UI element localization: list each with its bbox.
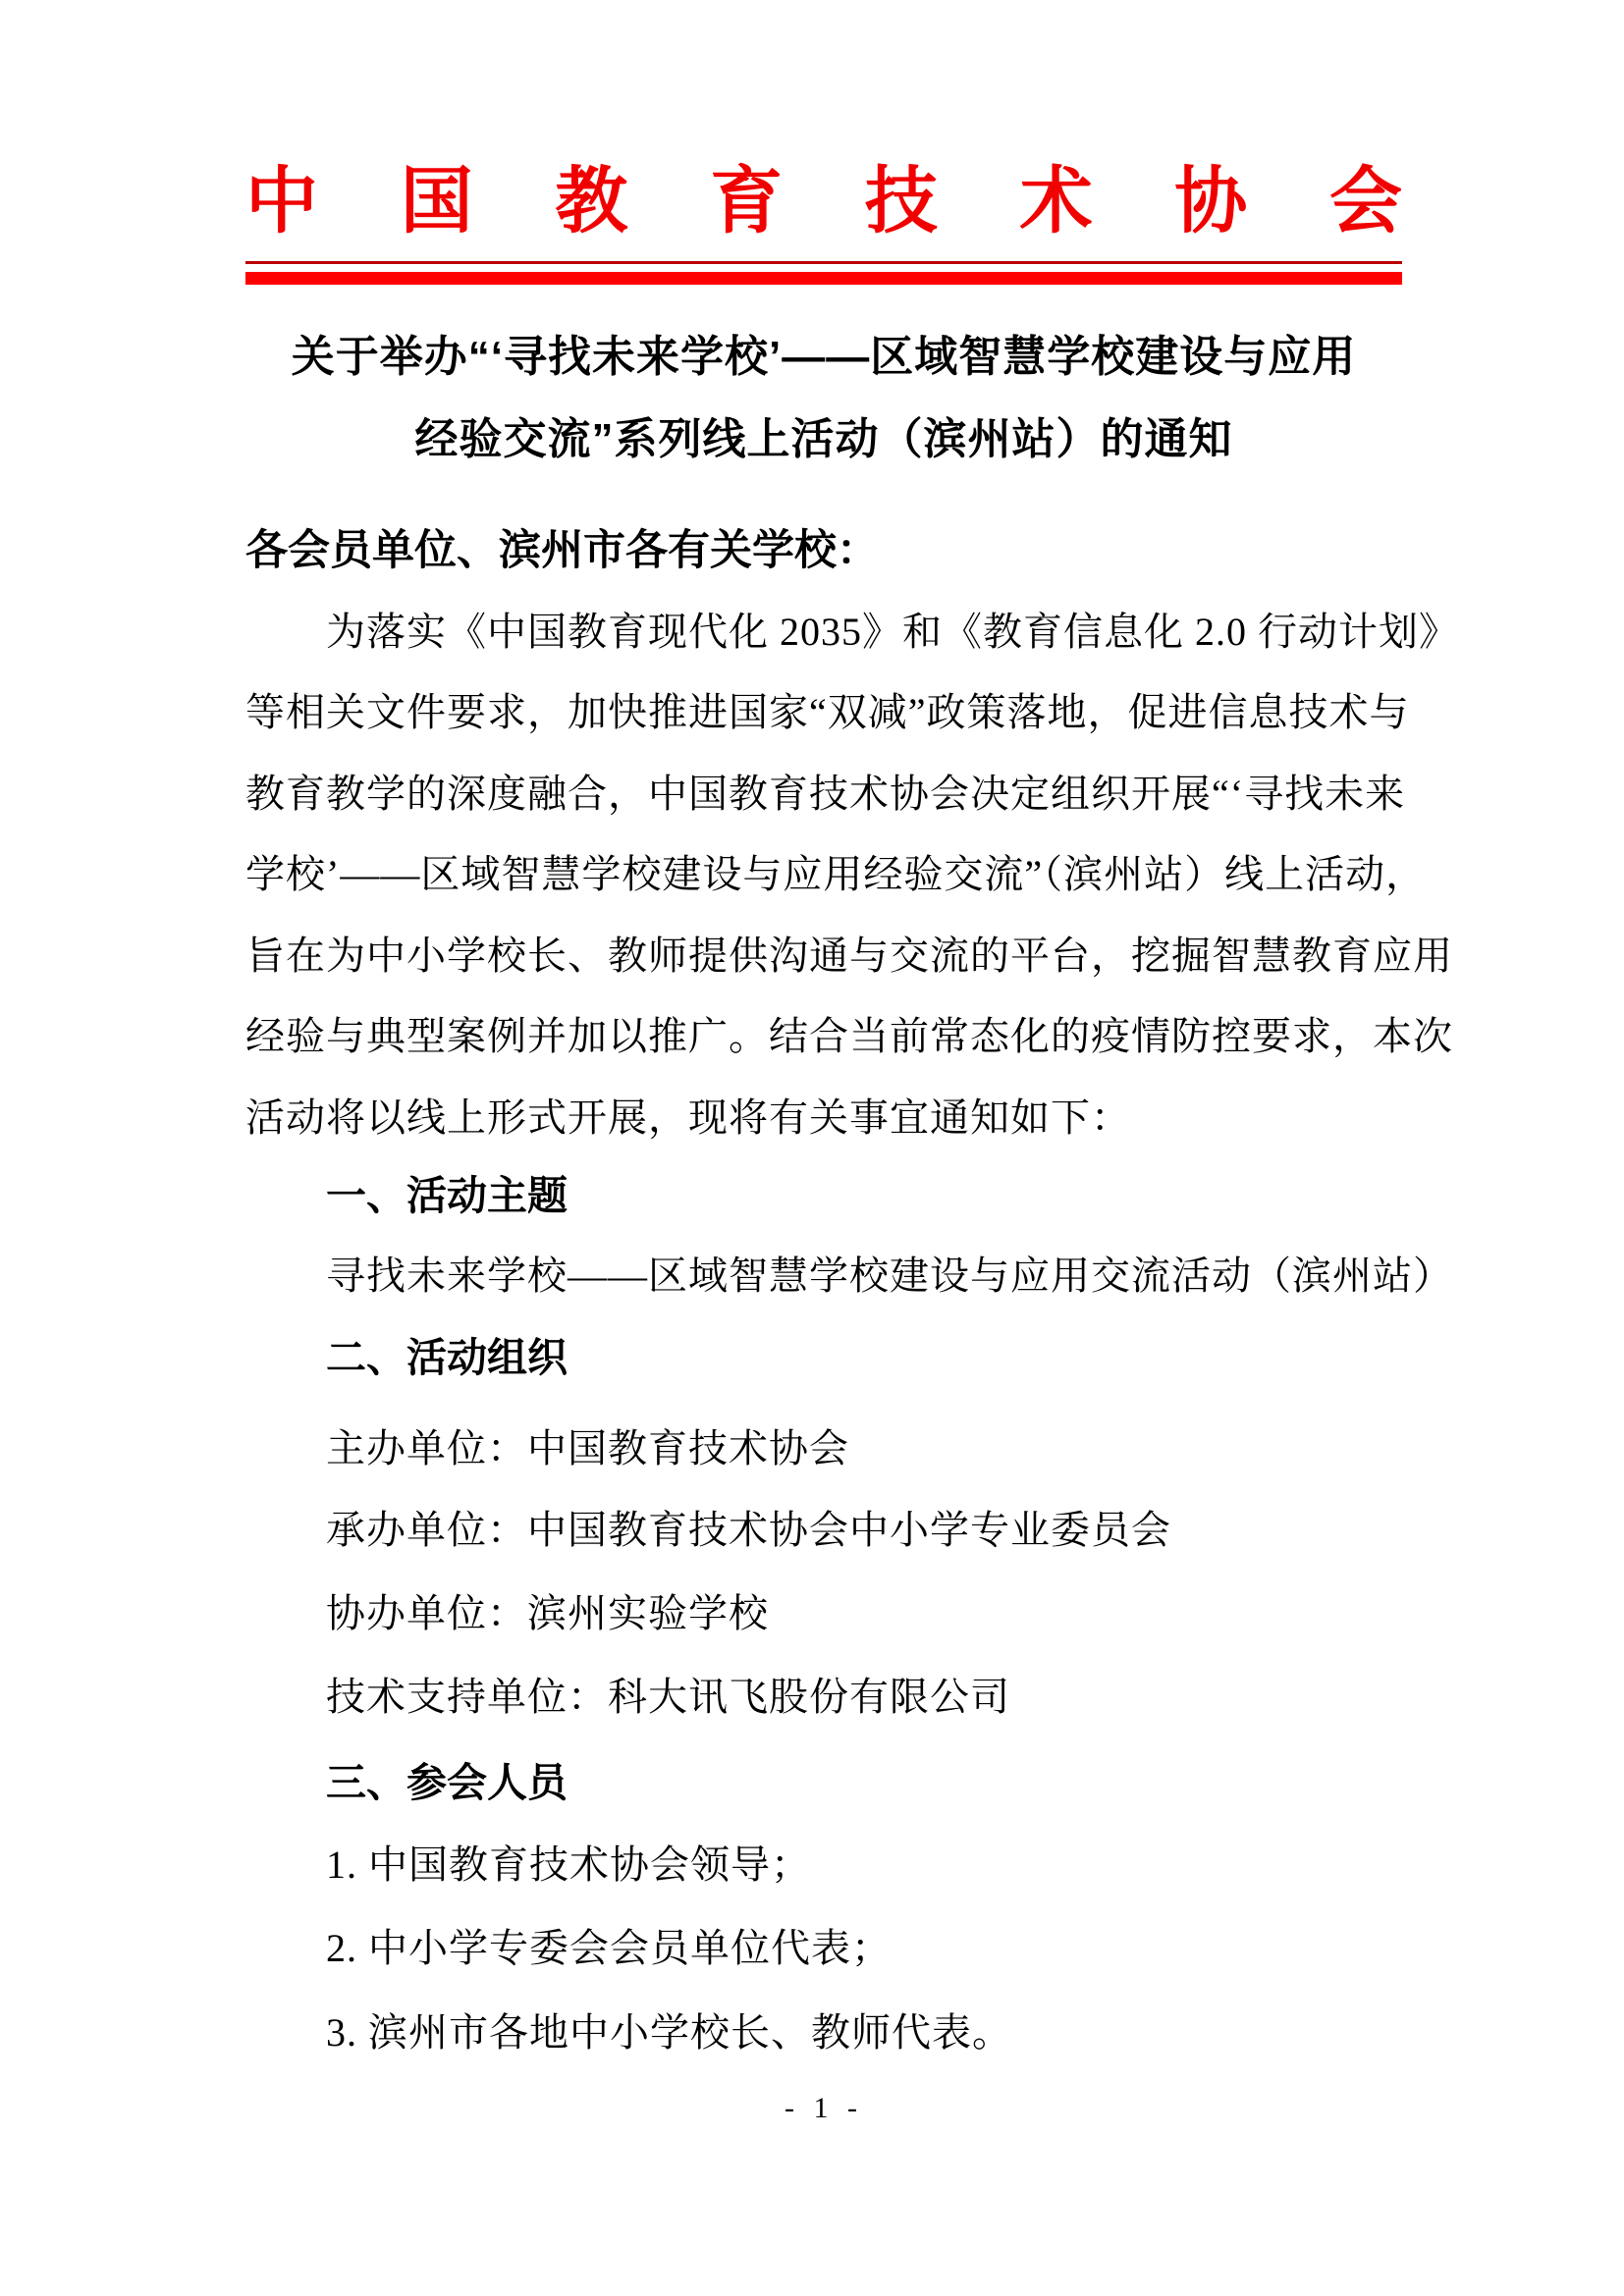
letterhead-rule-thick (245, 272, 1402, 285)
section-2-line-tech-support: 技术支持单位：科大讯飞股份有限公司 (245, 1672, 1402, 1723)
page-content: 中 国 教 育 技 术 协 会 关于举办“‘寻找未来学校’——区域智慧学校建设与… (245, 0, 1402, 2296)
section-heading-3: 三、参会人员 (245, 1757, 1402, 1808)
page-number: - 1 - (245, 2091, 1402, 2126)
list-item: 2. 中小学专委会会员单位代表； (245, 1923, 1402, 1974)
paragraph-line: 教育教学的深度融合，中国教育技术协会决定组织开展“‘寻找未来 (245, 769, 1402, 820)
salutation: 各会员单位、滨州市各有关学校： (245, 524, 1402, 577)
list-item: 1. 中国教育技术协会领导； (245, 1840, 1402, 1891)
doc-title-line-2: 经验交流”系列线上活动（滨州站）的通知 (245, 412, 1402, 467)
section-2-line-coorganizer: 协办单位：滨州实验学校 (245, 1588, 1402, 1639)
paragraph-line: 学校’——区域智慧学校建设与应用经验交流”（滨州站）线上活动， (245, 849, 1402, 900)
section-1-line: 寻找未来学校——区域智慧学校建设与应用交流活动（滨州站） (245, 1251, 1402, 1302)
paragraph-line: 活动将以线上形式开展，现将有关事宜通知如下： (245, 1093, 1402, 1144)
paragraph-line: 经验与典型案例并加以推广。结合当前常态化的疫情防控要求，本次 (245, 1011, 1402, 1062)
section-2-line-organizer: 承办单位：中国教育技术协会中小学专业委员会 (245, 1505, 1402, 1556)
letterhead-rule-thin (245, 261, 1402, 264)
doc-title-line-1: 关于举办“‘寻找未来学校’——区域智慧学校建设与应用 (245, 330, 1402, 385)
list-item: 3. 滨州市各地中小学校长、教师代表。 (245, 2007, 1402, 2058)
paragraph-line: 等相关文件要求，加快推进国家“双减”政策落地，促进信息技术与 (245, 687, 1402, 738)
section-heading-2: 二、活动组织 (245, 1332, 1402, 1383)
section-2-line-host: 主办单位：中国教育技术协会 (245, 1423, 1402, 1474)
paragraph-line: 旨在为中小学校长、教师提供沟通与交流的平台，挖掘智慧教育应用 (245, 931, 1402, 982)
document-page: { "header": { "org_name": "中 国 教 育 技 术 协… (0, 0, 1624, 2296)
letterhead-org-name: 中 国 教 育 技 术 协 会 (245, 163, 1402, 241)
section-heading-1: 一、活动主题 (245, 1170, 1402, 1221)
paragraph-line: 为落实《中国教育现代化 2035》和《教育信息化 2.0 行动计划》 (245, 607, 1402, 658)
